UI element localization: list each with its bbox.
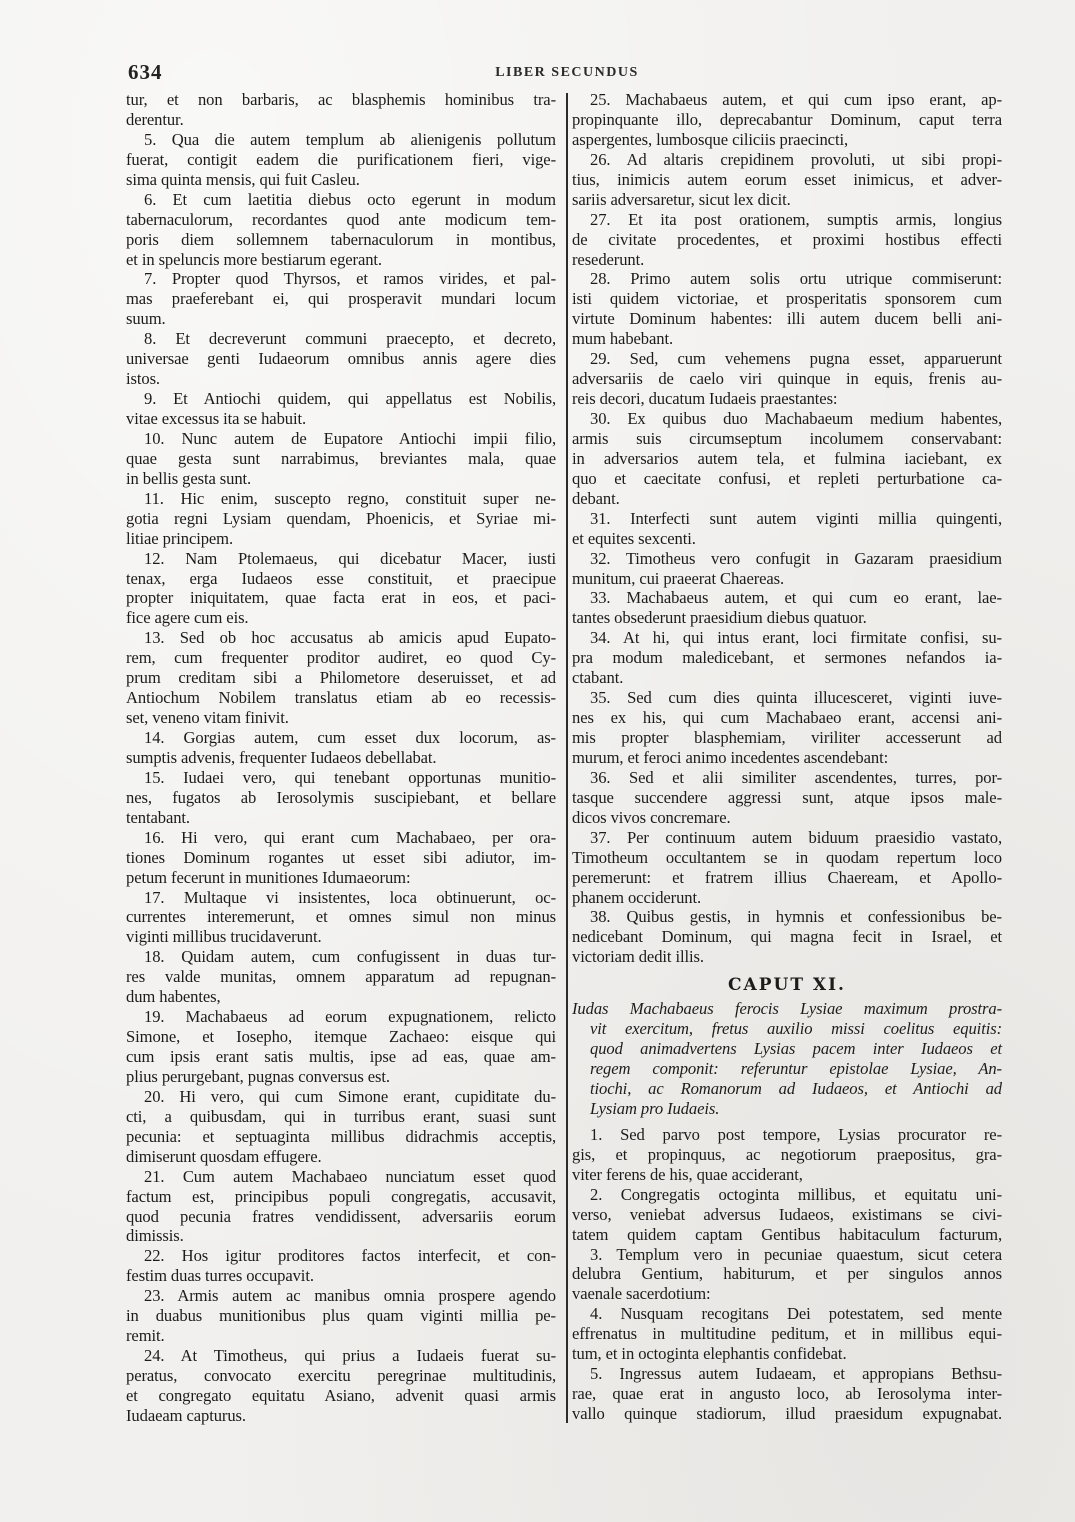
chapter-heading: CAPUT XI. [572,971,1002,999]
text-line: res valde munitas, omnem apparatum ad re… [126,967,556,987]
text-line: 6. Et cum laetitia diebus octo egerunt i… [126,190,556,210]
text-line: pecunia: et septuaginta millibus didrach… [126,1127,556,1147]
text-line: fice agere cum eis. [126,608,556,628]
text-line: factum est, principibus populi congregat… [126,1187,556,1207]
text-line: currentes interemerunt, et omnes simul n… [126,907,556,927]
summary-line: vit exercitum, fretus auxilio missi coel… [572,1019,1002,1039]
text-line: quod pecunia fratres vendidissent, adver… [126,1207,556,1227]
text-line: 5. Qua die autem templum ab alienigenis … [126,130,556,150]
text-line: dimissis. [126,1226,556,1246]
verses-after-chapter: 1. Sed parvo post tempore, Lysias procur… [572,1125,1002,1424]
text-line: 29. Sed, cum vehemens pugna esset, appar… [572,349,1002,369]
text-line: remit. [126,1326,556,1346]
text-line: virtute Dominum habentes: illi autem duc… [572,309,1002,329]
text-line: de civitate procedentes, et proximi host… [572,230,1002,250]
text-line: 22. Hos igitur proditores factos interfe… [126,1246,556,1266]
text-line: 24. At Timotheus, qui prius a Iudaeis fu… [126,1346,556,1366]
text-line: 12. Nam Ptolemaeus, qui dicebatur Macer,… [126,549,556,569]
text-line: tenax, erga Iudaeos esse constituit, et … [126,569,556,589]
text-line: delubra Gentium, habiturum, et per singu… [572,1264,1002,1284]
summary-line: regem componit: referuntur epistolae Lys… [572,1059,1002,1079]
column-divider [566,93,568,1423]
text-line: resederunt. [572,250,1002,270]
text-line: effrenatus in multitudine peditum, et in… [572,1324,1002,1344]
text-line: tiones Dominum rogantes ut esset sibi ad… [126,848,556,868]
text-line: mum habebant. [572,329,1002,349]
text-line: propter iniquitatem, quae facta erat in … [126,588,556,608]
text-line: 30. Ex quibus duo Machabaeum medium habe… [572,409,1002,429]
text-line: nedicebant Dominum, qui magna fecit in I… [572,927,1002,947]
text-line: Iudaeam capturus. [126,1406,556,1426]
text-line: 10. Nunc autem de Eupatore Antiochi impi… [126,429,556,449]
text-line: tentabant. [126,808,556,828]
text-line: vitae excessus ita se habuit. [126,409,556,429]
text-line: viter ferens de his, quae acciderant, [572,1165,1002,1185]
text-line: cum ipsis erant satis multis, ipse ad ea… [126,1047,556,1067]
text-line: tur, et non barbaris, ac blasphemis homi… [126,90,556,110]
text-line: 17. Multaque vi insistentes, loca obtinu… [126,888,556,908]
text-line: 15. Iudaei vero, qui tenebant opportunas… [126,768,556,788]
text-line: rem, cum frequenter proditor audiret, eo… [126,648,556,668]
text-line: mis propter blasphemiam, viriliter acces… [572,728,1002,748]
text-line: mas praeferebant ei, qui prosperavit mun… [126,289,556,309]
text-line: 31. Interfecti sunt autem viginti millia… [572,509,1002,529]
text-line: ctabant. [572,668,1002,688]
left-column: tur, et non barbaris, ac blasphemis homi… [126,90,556,1426]
text-line: 37. Per continuum autem biduum praesidio… [572,828,1002,848]
text-line: 4. Nusquam recogitans Dei potestatem, se… [572,1304,1002,1324]
text-line: 33. Machabaeus autem, et qui cum eo eran… [572,588,1002,608]
text-line: Timotheum occultantem se in quodam reper… [572,848,1002,868]
running-head: LIBER SECUNDUS [128,65,1006,81]
text-line: debant. [572,489,1002,509]
text-line: 3. Templum vero in pecuniae quaestum, si… [572,1245,1002,1265]
text-line: 14. Gorgias autem, cum esset dux locorum… [126,728,556,748]
text-line: 27. Et ita post orationem, sumptis armis… [572,210,1002,230]
text-line: dimiserunt quosdam effugere. [126,1147,556,1167]
text-line: fuerat, contigit eadem die purificatione… [126,150,556,170]
text-line: suum. [126,309,556,329]
text-line: Simone, et Iosepho, itemque Zachaeo: eis… [126,1027,556,1047]
text-line: petum fecerunt in munitiones Idumaeorum: [126,868,556,888]
text-line: tabernaculorum, recordantes quod ante mo… [126,210,556,230]
text-line: Antiochum Nobilem translatus etiam ab eo… [126,688,556,708]
text-line: propinquante illo, deprecabantur Dominum… [572,110,1002,130]
text-line: plius perurgebant, pugnas conversus est. [126,1067,556,1087]
text-line: victoriam dedit illis. [572,947,1002,967]
text-line: tantes obsederunt praesidium diebus quat… [572,608,1002,628]
text-line: 1. Sed parvo post tempore, Lysias procur… [572,1125,1002,1145]
text-line: reis decori, ducatum Iudaeis praestantes… [572,389,1002,409]
text-line: isti quidem victoriae, et prosperitatis … [572,289,1002,309]
text-line: nes ex his, qui cum Machabaeo erant, acc… [572,708,1002,728]
text-line: tius, inimicis autem eorum esset inimicu… [572,170,1002,190]
text-line: 26. Ad altaris crepidinem provoluti, ut … [572,150,1002,170]
text-line: 28. Primo autem solis ortu utrique commi… [572,269,1002,289]
text-line: 32. Timotheus vero confugit in Gazaram p… [572,549,1002,569]
text-line: sariis adversaretur, sicut lex dicit. [572,190,1002,210]
summary-line: Lysiam pro Iudaeis. [572,1099,1002,1119]
text-line: 25. Machabaeus autem, et qui cum ipso er… [572,90,1002,110]
text-line: 16. Hi vero, qui erant cum Machabaeo, pe… [126,828,556,848]
text-line: in adversarios autem tela, et fulmina ia… [572,449,1002,469]
text-line: 2. Congregatis octoginta millibus, et eq… [572,1185,1002,1205]
text-line: tasque succendere aggressi sunt, atque i… [572,788,1002,808]
text-line: 11. Hic enim, suscepto regno, constituit… [126,489,556,509]
text-line: et in speluncis more bestiarum egerant. [126,250,556,270]
text-line: phanem occiderunt. [572,888,1002,908]
text-line: 13. Sed ob hoc accusatus ab amicis apud … [126,628,556,648]
text-line: peremerunt: et fratrem illius Chaeream, … [572,868,1002,888]
text-line: adversariis de caelo viri quinque in equ… [572,369,1002,389]
text-line: prum creditam sibi a Philometore deserui… [126,668,556,688]
text-line: cti, a quibusdam, qui in turribus erant,… [126,1107,556,1127]
text-line: litiae principem. [126,529,556,549]
chapter-summary: Iudas Machabaeus ferocis Lysiae maximum … [572,999,1002,1119]
page-header: 634 LIBER SECUNDUS [128,60,1006,86]
text-line: et congregato equitatu Asiano, advenit q… [126,1386,556,1406]
text-line: pra modum maledicebant, et sermones nefa… [572,648,1002,668]
text-line: et equites sexcenti. [572,529,1002,549]
text-line: tatem quidem captam Gentibus habitaculum… [572,1225,1002,1245]
text-line: istos. [126,369,556,389]
text-line: rae, quae erat in angusto loco, ab Ieros… [572,1384,1002,1404]
text-line: set, veneno vitam finivit. [126,708,556,728]
text-line: munitum, cui praeerat Chaereas. [572,569,1002,589]
text-line: 36. Sed et alii similiter ascendentes, t… [572,768,1002,788]
text-line: sumptis advenis, frequenter Iudaeos debe… [126,748,556,768]
text-line: festim duas turres occupavit. [126,1266,556,1286]
text-line: 34. At hi, qui intus erant, loci firmita… [572,628,1002,648]
text-line: 8. Et decreverunt communi praecepto, et … [126,329,556,349]
text-line: derentur. [126,110,556,130]
summary-line: quod animadvertens Lysias pacem inter Iu… [572,1039,1002,1059]
text-line: 7. Propter quod Thyrsos, et ramos viride… [126,269,556,289]
text-line: universae genti Iudaeorum omnibus annis … [126,349,556,369]
text-line: peratus, convocato exercitu peregrinae m… [126,1366,556,1386]
text-line: armis suis circumseptum incolumem conser… [572,429,1002,449]
text-line: 21. Cum autem Machabaeo nunciatum esset … [126,1167,556,1187]
text-line: gotia regni Lysiam quendam, Phoenicis, e… [126,509,556,529]
text-line: quo et caecitate confusi, et repleti per… [572,469,1002,489]
text-line: 9. Et Antiochi quidem, qui appellatus es… [126,389,556,409]
text-line: 38. Quibus gestis, in hymnis et confessi… [572,907,1002,927]
text-line: 19. Machabaeus ad eorum expugnationem, r… [126,1007,556,1027]
text-line: 23. Armis autem ac manibus omnia prosper… [126,1286,556,1306]
text-line: aspergentes, lumbosque ciliciis praecinc… [572,130,1002,150]
summary-line: tiochi, ac Romanorum ad Iudaeos, et Anti… [572,1079,1002,1099]
text-line: poris diem sollemnem tabernaculorum in m… [126,230,556,250]
text-line: murum, et feroci animo incedentes ascend… [572,748,1002,768]
text-line: 5. Ingressus autem Iudaeam, et appropian… [572,1364,1002,1384]
verses-before-chapter: 25. Machabaeus autem, et qui cum ipso er… [572,90,1002,967]
text-line: dicos vivos concremare. [572,808,1002,828]
text-line: 18. Quidam autem, cum confugissent in du… [126,947,556,967]
text-line: vallo quinque stadiorum, illud praesidum… [572,1404,1002,1424]
text-line: viginti millibus trucidaverunt. [126,927,556,947]
text-line: tum, et in octoginta elephantis confideb… [572,1344,1002,1364]
text-line: sima quinta mensis, qui fuit Casleu. [126,170,556,190]
right-column: 25. Machabaeus autem, et qui cum ipso er… [572,90,1002,1424]
text-line: in duabus munitionibus plus quam viginti… [126,1306,556,1326]
text-line: in bellis gesta sunt. [126,469,556,489]
text-line: 35. Sed cum dies quinta illucesceret, vi… [572,688,1002,708]
text-line: gis, et propinquus, ac negotiorum praepo… [572,1145,1002,1165]
text-line: 20. Hi vero, qui cum Simone erant, cupid… [126,1087,556,1107]
text-line: quae gesta sunt narrabimus, breviantes m… [126,449,556,469]
summary-line: Iudas Machabaeus ferocis Lysiae maximum … [572,999,1002,1019]
text-line: dum habentes, [126,987,556,1007]
text-line: nes, fugatos ab Ierosolymis suscipiebant… [126,788,556,808]
text-line: vaenale sacerdotium: [572,1284,1002,1304]
text-line: verso, veniebat adversus Iudaeos, existi… [572,1205,1002,1225]
